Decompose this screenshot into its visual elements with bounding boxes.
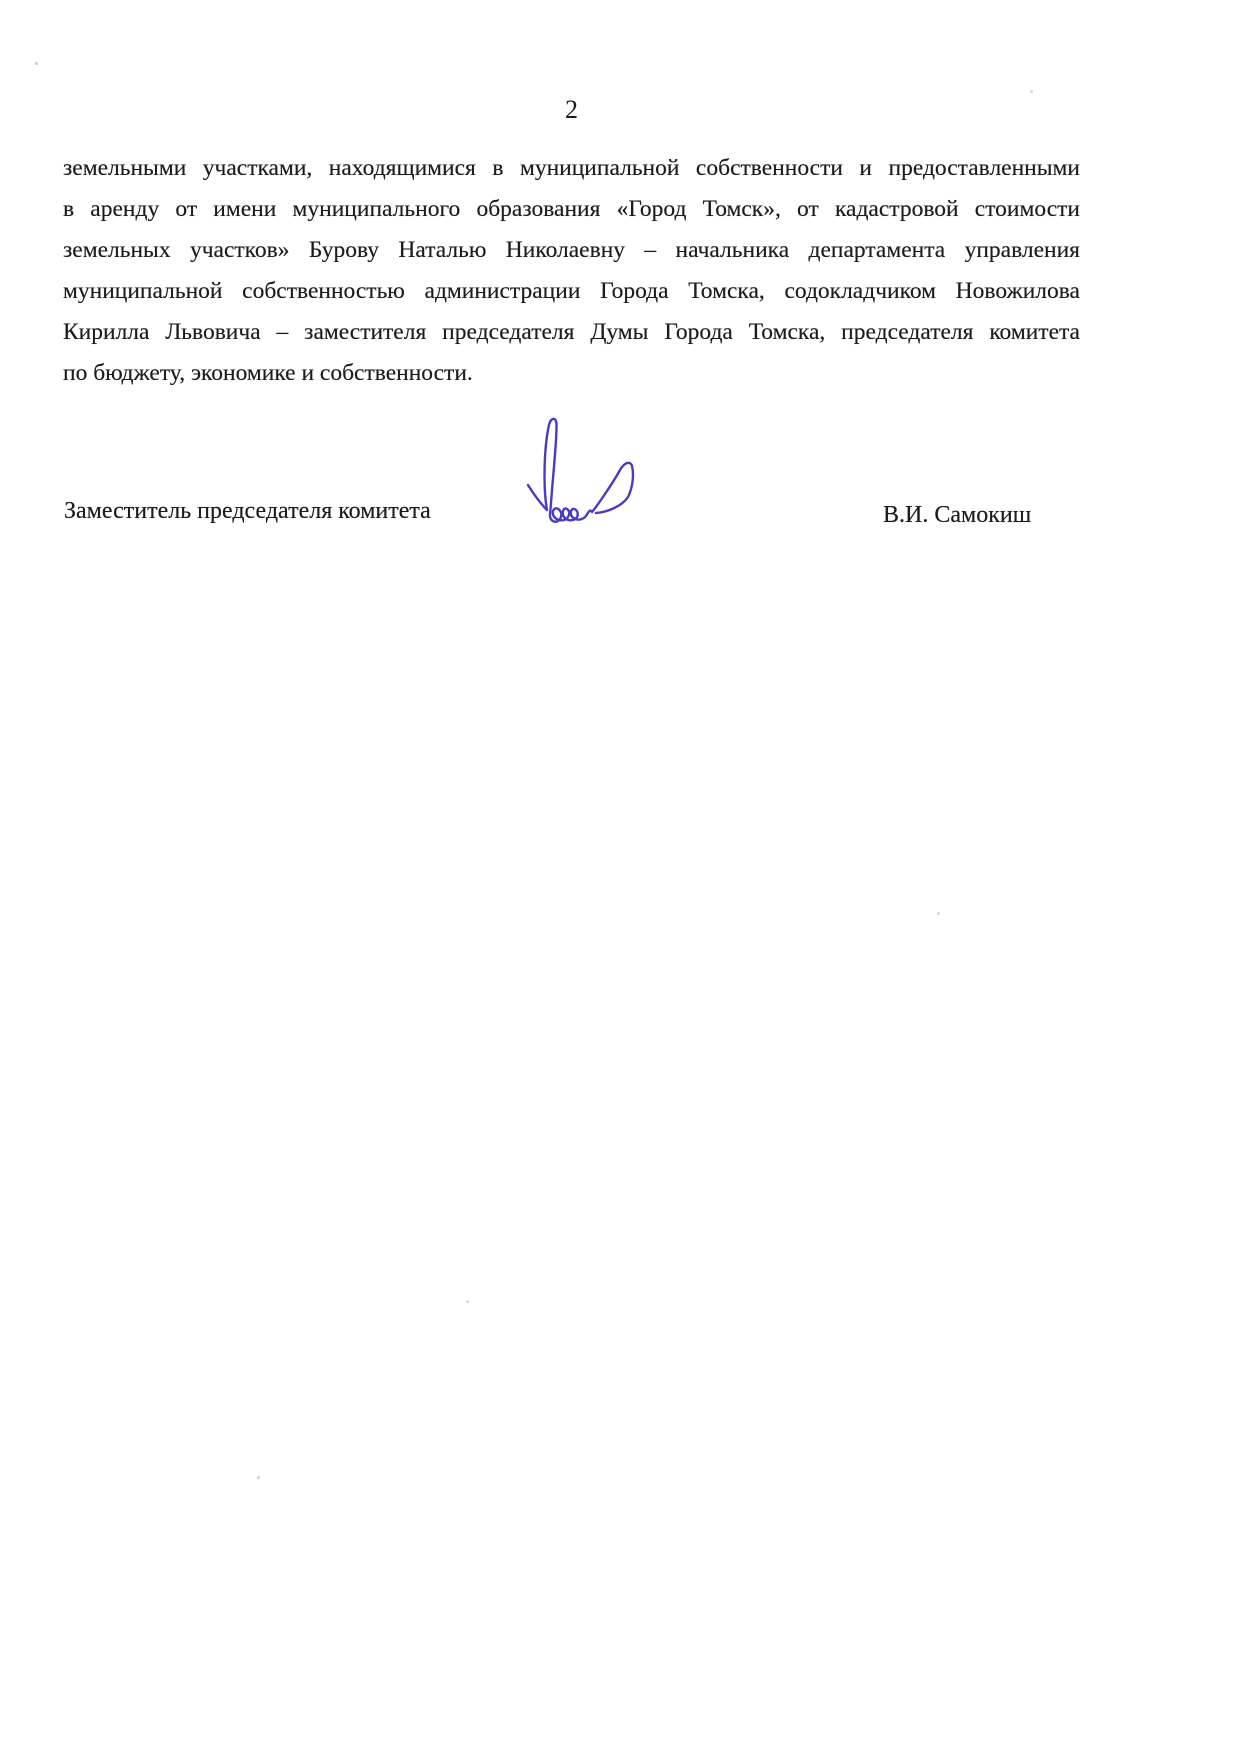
paragraph-line: в аренду от имени муниципального образов… [63,189,1080,230]
paragraph-line: земельных участков» Бурову Наталью Никол… [63,230,1080,271]
paragraph-line: земельными участками, находящимися в мун… [63,148,1080,189]
page-number: 2 [63,95,1080,125]
document-page: 2 земельными участками, находящимися в м… [0,0,1240,1753]
signee-name: В.И. Самокиш [883,500,1031,530]
paragraph-line: муниципальной собственностью администрац… [63,271,1080,312]
scan-speck [257,1476,260,1479]
scan-speck [35,62,38,65]
scan-speck [937,912,940,915]
signature-title: Заместитель председателя комитета [64,496,431,526]
paragraph-line: Кирилла Львовича – заместителя председат… [63,312,1080,353]
handwritten-signature-icon [520,413,650,533]
scan-speck [1030,90,1033,93]
paragraph-line: по бюджету, экономике и собственности. [63,353,1080,394]
paragraph: земельными участками, находящимися в мун… [63,148,1080,394]
scan-speck [466,1300,469,1303]
signature-ink-stroke [528,419,633,522]
